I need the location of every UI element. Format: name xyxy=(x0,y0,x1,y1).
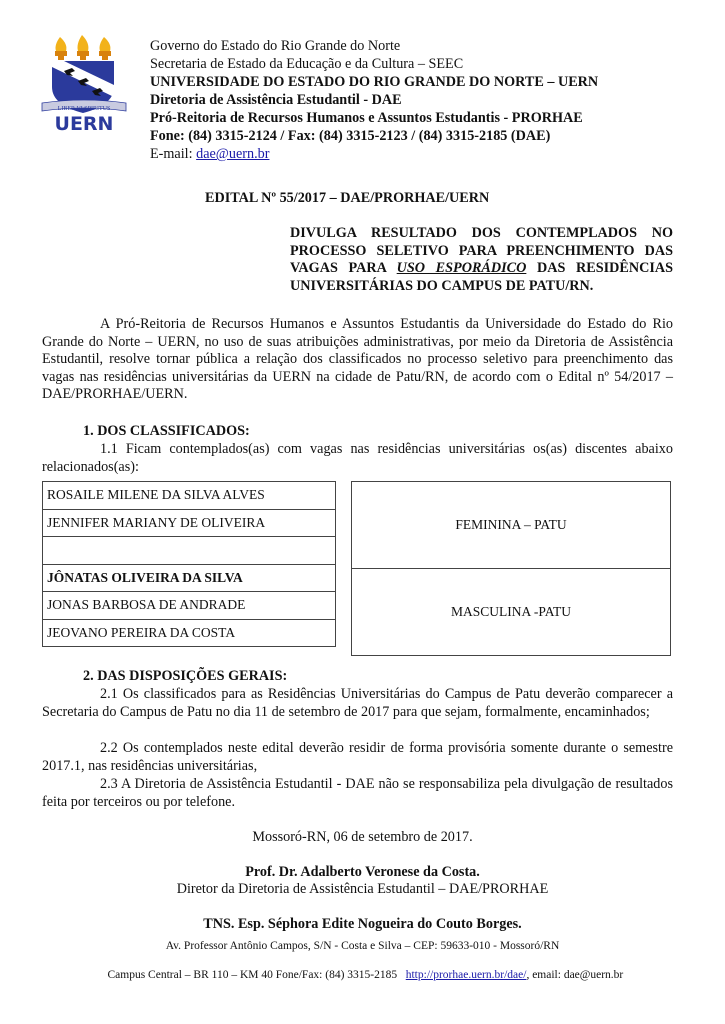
name-cell: JENNIFER MARIANY DE OLIVEIRA xyxy=(43,509,336,537)
header-directorate: Diretoria de Assistência Estudantil - DA… xyxy=(150,91,402,110)
signer1-name: Prof. Dr. Adalberto Veronese da Costa. xyxy=(0,864,725,881)
intro-paragraph: A Pró-Reitoria de Recursos Humanos e Ass… xyxy=(42,316,673,404)
table-row: JEOVANO PEREIRA DA COSTA xyxy=(43,619,336,647)
signer2-name: TNS. Esp. Séphora Edite Nogueira do Cout… xyxy=(0,916,725,933)
section1-text: 1.1 Ficam contemplados(as) com vagas nas… xyxy=(42,441,673,476)
table-row xyxy=(43,537,336,565)
name-cell: JÔNATAS OLIVEIRA DA SILVA xyxy=(43,564,336,592)
classified-names-table: ROSAILE MILENE DA SILVA ALVES JENNIFER M… xyxy=(42,481,336,647)
section2-heading: 2. DAS DISPOSIÇÕES GERAIS: xyxy=(83,668,287,685)
uern-logo: LIBER VI SPIRITUS UERN xyxy=(38,33,130,133)
table-row: JONAS BARBOSA DE ANDRADE xyxy=(43,592,336,620)
name-cell-empty xyxy=(43,537,336,565)
svg-text:UERN: UERN xyxy=(55,113,114,133)
header-government: Governo do Estado do Rio Grande do Norte xyxy=(150,37,400,56)
signer1-role: Diretor da Diretoria de Assistência Estu… xyxy=(0,881,725,898)
table-row: JÔNATAS OLIVEIRA DA SILVA xyxy=(43,564,336,592)
section2-item-2: 2.2 Os contemplados neste edital deverão… xyxy=(42,740,673,775)
section2-item-3: 2.3 A Diretoria de Assistência Estudanti… xyxy=(42,776,673,811)
name-cell: JONAS BARBOSA DE ANDRADE xyxy=(43,592,336,620)
email-link[interactable]: dae@uern.br xyxy=(196,146,269,162)
edital-ementa: DIVULGA RESULTADO DOS CONTEMPLADOS NO PR… xyxy=(290,225,673,295)
svg-text:LIBER VI SPIRITUS: LIBER VI SPIRITUS xyxy=(58,106,111,112)
header-pro-rectorate: Pró-Reitoria de Recursos Humanos e Assun… xyxy=(150,109,583,128)
edital-title: EDITAL Nº 55/2017 – DAE/PRORHAE/UERN xyxy=(205,190,489,207)
footer-contact: Campus Central – BR 110 – KM 40 Fone/Fax… xyxy=(0,957,725,981)
place-date: Mossoró-RN, 06 de setembro de 2017. xyxy=(0,829,725,846)
footer-url-link[interactable]: http://prorhae.uern.br/dae/ xyxy=(406,969,527,981)
section1-heading: 1. DOS CLASSIFICADOS: xyxy=(83,423,250,440)
footer-campus: Campus Central – BR 110 – KM 40 Fone/Fax… xyxy=(107,969,405,981)
uern-coat-of-arms-icon: LIBER VI SPIRITUS UERN xyxy=(38,33,130,133)
header-university: UNIVERSIDADE DO ESTADO DO RIO GRANDE DO … xyxy=(150,73,598,92)
table-row: FEMININA – PATU xyxy=(352,482,671,569)
group-cell-masculina: MASCULINA -PATU xyxy=(352,569,671,656)
footer-email: , email: dae@uern.br xyxy=(526,969,623,981)
header-secretariat: Secretaria de Estado da Educação e da Cu… xyxy=(150,55,463,74)
section2-item-1: 2.1 Os classificados para as Residências… xyxy=(42,686,673,721)
residence-groups-table: FEMININA – PATU MASCULINA -PATU xyxy=(351,481,671,656)
name-cell: ROSAILE MILENE DA SILVA ALVES xyxy=(43,482,336,510)
footer-address: Av. Professor Antônio Campos, S/N - Cost… xyxy=(0,940,725,952)
name-cell: JEOVANO PEREIRA DA COSTA xyxy=(43,619,336,647)
table-row: ROSAILE MILENE DA SILVA ALVES xyxy=(43,482,336,510)
header-email-line: E-mail: dae@uern.br xyxy=(150,145,269,164)
group-cell-feminina: FEMININA – PATU xyxy=(352,482,671,569)
table-row: MASCULINA -PATU xyxy=(352,569,671,656)
ementa-emphasis: USO ESPORÁDICO xyxy=(397,260,527,276)
table-row: JENNIFER MARIANY DE OLIVEIRA xyxy=(43,509,336,537)
header-phones: Fone: (84) 3315-2124 / Fax: (84) 3315-21… xyxy=(150,127,550,146)
email-label: E-mail: xyxy=(150,146,196,162)
